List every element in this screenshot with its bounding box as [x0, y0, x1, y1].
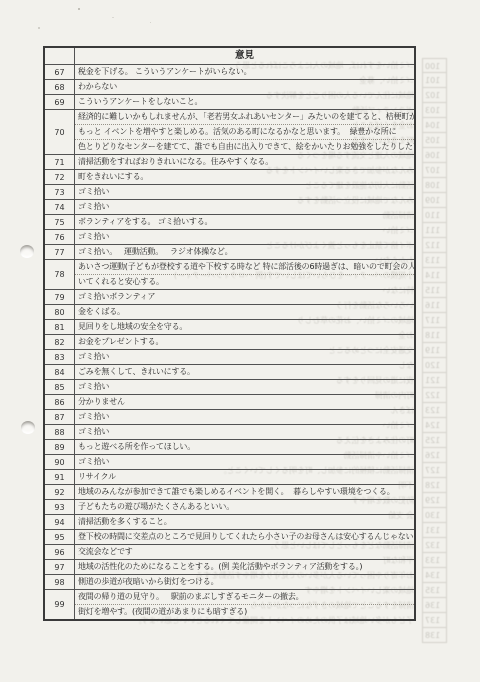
table-row: 94清掃活動を多くすること。 [45, 514, 414, 529]
opinion-column-header: 意見 [74, 48, 414, 64]
row-number: 78 [45, 260, 75, 289]
table-row: 77ゴミ拾い。 運動活動。 ラジオ体操など。 [45, 244, 414, 259]
opinion-cell: ゴミ拾い。 運動活動。 ラジオ体操など。 [75, 245, 414, 259]
opinion-text: ゴミ拾い [75, 455, 414, 469]
scan-speck [112, 17, 114, 18]
opinion-cell: ゴミ拾い [75, 185, 414, 199]
row-number: 96 [45, 545, 75, 559]
opinion-text: 子どもたちの遊び場がたくさんあるといい。 [75, 500, 414, 514]
row-number: 99 [45, 590, 75, 619]
opinion-text: 側道の歩道が夜暗いから街灯をつける。 [75, 575, 414, 589]
row-number: 81 [45, 320, 75, 334]
row-number: 70 [45, 110, 75, 154]
bleedthrough-row-number: 128 [422, 478, 447, 493]
table-row: 71清掃活動をすればおりきれいになる。住みやすくなる。 [45, 154, 414, 169]
table-row: 70経済的に難しいかもしれませんが、「老若男女ふれあいセンター」みたいのを建てる… [45, 109, 414, 154]
bleedthrough-row-number: 103 [422, 103, 447, 118]
row-number: 74 [45, 200, 75, 214]
table-rows: 67税金を下げる。 こういうアンケートがいらない。68わからない69こういうアン… [45, 64, 414, 619]
row-number: 69 [45, 95, 75, 109]
bleedthrough-row-number: 132 [422, 538, 447, 553]
bleedthrough-row-number: 106 [422, 148, 447, 163]
opinion-cell: 見回りをし地域の安全を守る。 [75, 320, 414, 334]
opinion-text: ゴミ拾い [75, 380, 414, 394]
bleedthrough-row-number: 133 [422, 553, 447, 568]
opinion-text: ゴミ拾い [75, 200, 414, 214]
opinion-cell: ゴミ拾い [75, 350, 414, 364]
opinion-text: こういうアンケートをしないこと。 [75, 95, 414, 109]
opinion-text: リサイクル [75, 470, 414, 484]
bleedthrough-row-number: 101 [422, 73, 447, 88]
opinion-text: あいさつ運動(子どもが登校する道や下校する時など 特に部活後の6時過ぎは、暗いの… [75, 260, 414, 274]
bleedthrough-row-number: 102 [422, 88, 447, 103]
scan-speck [38, 27, 40, 29]
bleedthrough-row-number: 136 [422, 598, 447, 613]
bleedthrough-row-number: 118 [422, 328, 447, 343]
opinion-cell: あいさつ運動(子どもが登校する道や下校する時など 特に部活後の6時過ぎは、暗いの… [75, 260, 414, 289]
opinion-text: 見回りをし地域の安全を守る。 [75, 320, 414, 334]
row-number: 72 [45, 170, 75, 184]
opinion-cell: お金をプレゼントする。 [75, 335, 414, 349]
opinion-text: わからない [75, 80, 414, 94]
opinion-text: ゴミ拾い。 運動活動。 ラジオ体操など。 [75, 245, 414, 259]
table-row: 97地域の活性化のためになることをする。(例 美化活動やボランティア活動をする。… [45, 559, 414, 574]
opinion-cell: 地域のみんなが参加できて誰でも楽しめるイベントを開く。 暮らしやすい環境をつくる… [75, 485, 414, 499]
table-row: 95登下校の時間に交差点のところで見回りしてくれたら小さい子のお母さんは安心する… [45, 529, 414, 544]
opinion-text: 清掃活動をすればおりきれいになる。住みやすくなる。 [75, 155, 414, 169]
opinion-cell: 側道の歩道が夜暗いから街灯をつける。 [75, 575, 414, 589]
opinion-table: 意見 67税金を下げる。 こういうアンケートがいらない。68わからない69こうい… [43, 46, 416, 621]
bleedthrough-row-number: 120 [422, 358, 447, 373]
table-row: 78あいさつ運動(子どもが登校する道や下校する時など 特に部活後の6時過ぎは、暗… [45, 259, 414, 289]
opinion-text: 分かりません [75, 395, 414, 409]
bleedthrough-row-number: 112 [422, 238, 447, 253]
table-row: 99夜間の帰り道の見守り。 駅前のまぶしすぎるモニターの撤去。街灯を増やす。(夜… [45, 589, 414, 619]
row-number: 84 [45, 365, 75, 379]
opinion-text: 町をきれいにする。 [75, 170, 414, 184]
table-row: 79ゴミ拾いボランティア [45, 289, 414, 304]
table-row: 82お金をプレゼントする。 [45, 334, 414, 349]
bleedthrough-row-number: 116 [422, 298, 447, 313]
opinion-text: もっと遊べる所を作ってほしい。 [75, 440, 414, 454]
opinion-cell: ゴミ拾い [75, 200, 414, 214]
opinion-cell: ゴミ拾いボランティア [75, 290, 414, 304]
table-row: 81見回りをし地域の安全を守る。 [45, 319, 414, 334]
opinion-cell: リサイクル [75, 470, 414, 484]
row-number: 79 [45, 290, 75, 304]
opinion-cell: ボランティアをする。 ゴミ拾いする。 [75, 215, 414, 229]
table-row: 89もっと遊べる所を作ってほしい。 [45, 439, 414, 454]
bleedthrough-row-number: 105 [422, 133, 447, 148]
row-number: 90 [45, 455, 75, 469]
opinion-cell: 子どもたちの遊び場がたくさんあるといい。 [75, 500, 414, 514]
opinion-cell: 夜間の帰り道の見守り。 駅前のまぶしすぎるモニターの撤去。街灯を増やす。(夜間の… [75, 590, 414, 619]
row-number: 77 [45, 245, 75, 259]
opinion-text: 交流会などです [75, 545, 414, 559]
row-number: 87 [45, 410, 75, 424]
opinion-cell: もっと遊べる所を作ってほしい。 [75, 440, 414, 454]
opinion-text: 街灯を増やす。(夜間の道があまりにも暗すぎる) [75, 604, 414, 619]
bleedthrough-row-number: 119 [422, 343, 447, 358]
row-number: 73 [45, 185, 75, 199]
bleedthrough-row-number: 110 [422, 208, 447, 223]
row-number: 67 [45, 65, 75, 79]
bleedthrough-row-number: 137 [422, 613, 447, 628]
punch-hole [21, 421, 35, 434]
opinion-cell: ごみを無くして、きれいにする。 [75, 365, 414, 379]
table-row: 74ゴミ拾い [45, 199, 414, 214]
table-row: 67税金を下げる。 こういうアンケートがいらない。 [45, 64, 414, 79]
table-row: 96交流会などです [45, 544, 414, 559]
bleedthrough-row-number: 108 [422, 178, 447, 193]
table-row: 75ボランティアをする。 ゴミ拾いする。 [45, 214, 414, 229]
table-row: 68わからない [45, 79, 414, 94]
opinion-text: ゴミ拾い [75, 410, 414, 424]
bleedthrough-row-number: 104 [422, 118, 447, 133]
row-number: 76 [45, 230, 75, 244]
opinion-cell: 地域の活性化のためになることをする。(例 美化活動やボランティア活動をする。) [75, 560, 414, 574]
opinion-text: 金をくばる。 [75, 305, 414, 319]
row-number: 93 [45, 500, 75, 514]
bleedthrough-row-number: 121 [422, 373, 447, 388]
table-row: 98側道の歩道が夜暗いから街灯をつける。 [45, 574, 414, 589]
bleedthrough-row-number: 107 [422, 163, 447, 178]
row-number: 92 [45, 485, 75, 499]
opinion-cell: わからない [75, 80, 414, 94]
table-row: 92地域のみんなが参加できて誰でも楽しめるイベントを開く。 暮らしやすい環境をつ… [45, 484, 414, 499]
opinion-cell: ゴミ拾い [75, 425, 414, 439]
table-row: 73ゴミ拾い [45, 184, 414, 199]
opinion-cell: ゴミ拾い [75, 455, 414, 469]
bleedthrough-row: 138 [18, 628, 460, 643]
bleedthrough-row-number: 127 [422, 463, 447, 478]
scanned-page: 100ゴミ拾いをすれば、地域の人によろこばれると思う101ゴミ拾い、募金102地… [0, 0, 480, 682]
table-row: 90ゴミ拾い [45, 454, 414, 469]
table-row: 88ゴミ拾い [45, 424, 414, 439]
opinion-text: 地域の活性化のためになることをする。(例 美化活動やボランティア活動をする。) [75, 560, 414, 574]
table-row: 83ゴミ拾い [45, 349, 414, 364]
bleedthrough-row-number: 129 [422, 493, 447, 508]
table-row: 69こういうアンケートをしないこと。 [45, 94, 414, 109]
opinion-text: 登下校の時間に交差点のところで見回りしてくれたら小さい子のお母さんは安心するんじ… [75, 530, 414, 544]
bleedthrough-row-number: 122 [422, 388, 447, 403]
bleedthrough-row-number: 130 [422, 508, 447, 523]
opinion-text: ゴミ拾い [75, 425, 414, 439]
row-number: 71 [45, 155, 75, 169]
opinion-text: 経済的に難しいかもしれませんが、「老若男女ふれあいセンター」みたいのを建てると、… [75, 110, 414, 124]
bleedthrough-row-number: 111 [422, 223, 447, 238]
row-number: 83 [45, 350, 75, 364]
row-number: 68 [45, 80, 75, 94]
opinion-cell: 清掃活動をすればおりきれいになる。住みやすくなる。 [75, 155, 414, 169]
opinion-text: ゴミ拾い [75, 230, 414, 244]
bleedthrough-row-number: 114 [422, 268, 447, 283]
opinion-text: ゴミ拾いボランティア [75, 290, 414, 304]
row-number: 94 [45, 515, 75, 529]
row-number: 91 [45, 470, 75, 484]
opinion-text: ゴミ拾い [75, 350, 414, 364]
bleedthrough-row-number: 123 [422, 403, 447, 418]
scan-speck [78, 8, 80, 10]
opinion-text: 税金を下げる。 こういうアンケートがいらない。 [75, 65, 414, 79]
row-number: 89 [45, 440, 75, 454]
opinion-text: いてくれると安心する。 [75, 274, 414, 289]
table-row: 76ゴミ拾い [45, 229, 414, 244]
opinion-text: 清掃活動を多くすること。 [75, 515, 414, 529]
opinion-text: 夜間の帰り道の見守り。 駅前のまぶしすぎるモニターの撤去。 [75, 590, 414, 604]
bleedthrough-text [414, 628, 422, 643]
opinion-cell: こういうアンケートをしないこと。 [75, 95, 414, 109]
opinion-cell: 金をくばる。 [75, 305, 414, 319]
punch-hole [20, 245, 34, 258]
table-row: 72町をきれいにする。 [45, 169, 414, 184]
table-row: 80金をくばる。 [45, 304, 414, 319]
bleedthrough-row-number: 138 [422, 628, 447, 643]
bleedthrough-row-number: 135 [422, 583, 447, 598]
opinion-cell: ゴミ拾い [75, 230, 414, 244]
bleedthrough-row-number: 134 [422, 568, 447, 583]
opinion-text: ボランティアをする。 ゴミ拾いする。 [75, 215, 414, 229]
bleedthrough-row-number: 126 [422, 448, 447, 463]
bleedthrough-row-number: 115 [422, 283, 447, 298]
row-number: 75 [45, 215, 75, 229]
opinion-cell: ゴミ拾い [75, 380, 414, 394]
opinion-cell: 町をきれいにする。 [75, 170, 414, 184]
row-number: 86 [45, 395, 75, 409]
row-number: 80 [45, 305, 75, 319]
opinion-cell: 登下校の時間に交差点のところで見回りしてくれたら小さい子のお母さんは安心するんじ… [75, 530, 414, 544]
row-number: 98 [45, 575, 75, 589]
opinion-text: ごみを無くして、きれいにする。 [75, 365, 414, 379]
opinion-cell: 交流会などです [75, 545, 414, 559]
row-number: 88 [45, 425, 75, 439]
bleedthrough-row-number: 109 [422, 193, 447, 208]
scan-speck [150, 22, 151, 23]
row-number: 97 [45, 560, 75, 574]
bleedthrough-row-number: 131 [422, 523, 447, 538]
opinion-text: 色とりどりなセンターを建てて、誰でも自由に出入りできて、絵をかいたりお勉強をした… [75, 139, 414, 154]
opinion-cell: 分かりません [75, 395, 414, 409]
opinion-text: 地域のみんなが参加できて誰でも楽しめるイベントを開く。 暮らしやすい環境をつくる… [75, 485, 414, 499]
bleedthrough-row-number: 100 [422, 58, 447, 73]
opinion-text: もっと イベントを増やすと楽しめる。活気のある町になるかなと思います。 緑豊かな… [75, 124, 414, 139]
table-row: 91リサイクル [45, 469, 414, 484]
table-header-row: 意見 [45, 48, 414, 64]
opinion-cell: 清掃活動を多くすること。 [75, 515, 414, 529]
opinion-cell: 税金を下げる。 こういうアンケートがいらない。 [75, 65, 414, 79]
bleedthrough-row-number: 113 [422, 253, 447, 268]
bleedthrough-row-number: 124 [422, 418, 447, 433]
row-number: 95 [45, 530, 75, 544]
opinion-text: ゴミ拾い [75, 185, 414, 199]
bleedthrough-row-number: 117 [422, 313, 447, 328]
table-row: 93子どもたちの遊び場がたくさんあるといい。 [45, 499, 414, 514]
table-row: 86分かりません [45, 394, 414, 409]
bleedthrough-row-number: 125 [422, 433, 447, 448]
table-row: 85ゴミ拾い [45, 379, 414, 394]
table-row: 84ごみを無くして、きれいにする。 [45, 364, 414, 379]
table-row: 87ゴミ拾い [45, 409, 414, 424]
row-number: 82 [45, 335, 75, 349]
opinion-text: お金をプレゼントする。 [75, 335, 414, 349]
opinion-cell: ゴミ拾い [75, 410, 414, 424]
row-number: 85 [45, 380, 75, 394]
opinion-cell: 経済的に難しいかもしれませんが、「老若男女ふれあいセンター」みたいのを建てると、… [75, 110, 414, 154]
